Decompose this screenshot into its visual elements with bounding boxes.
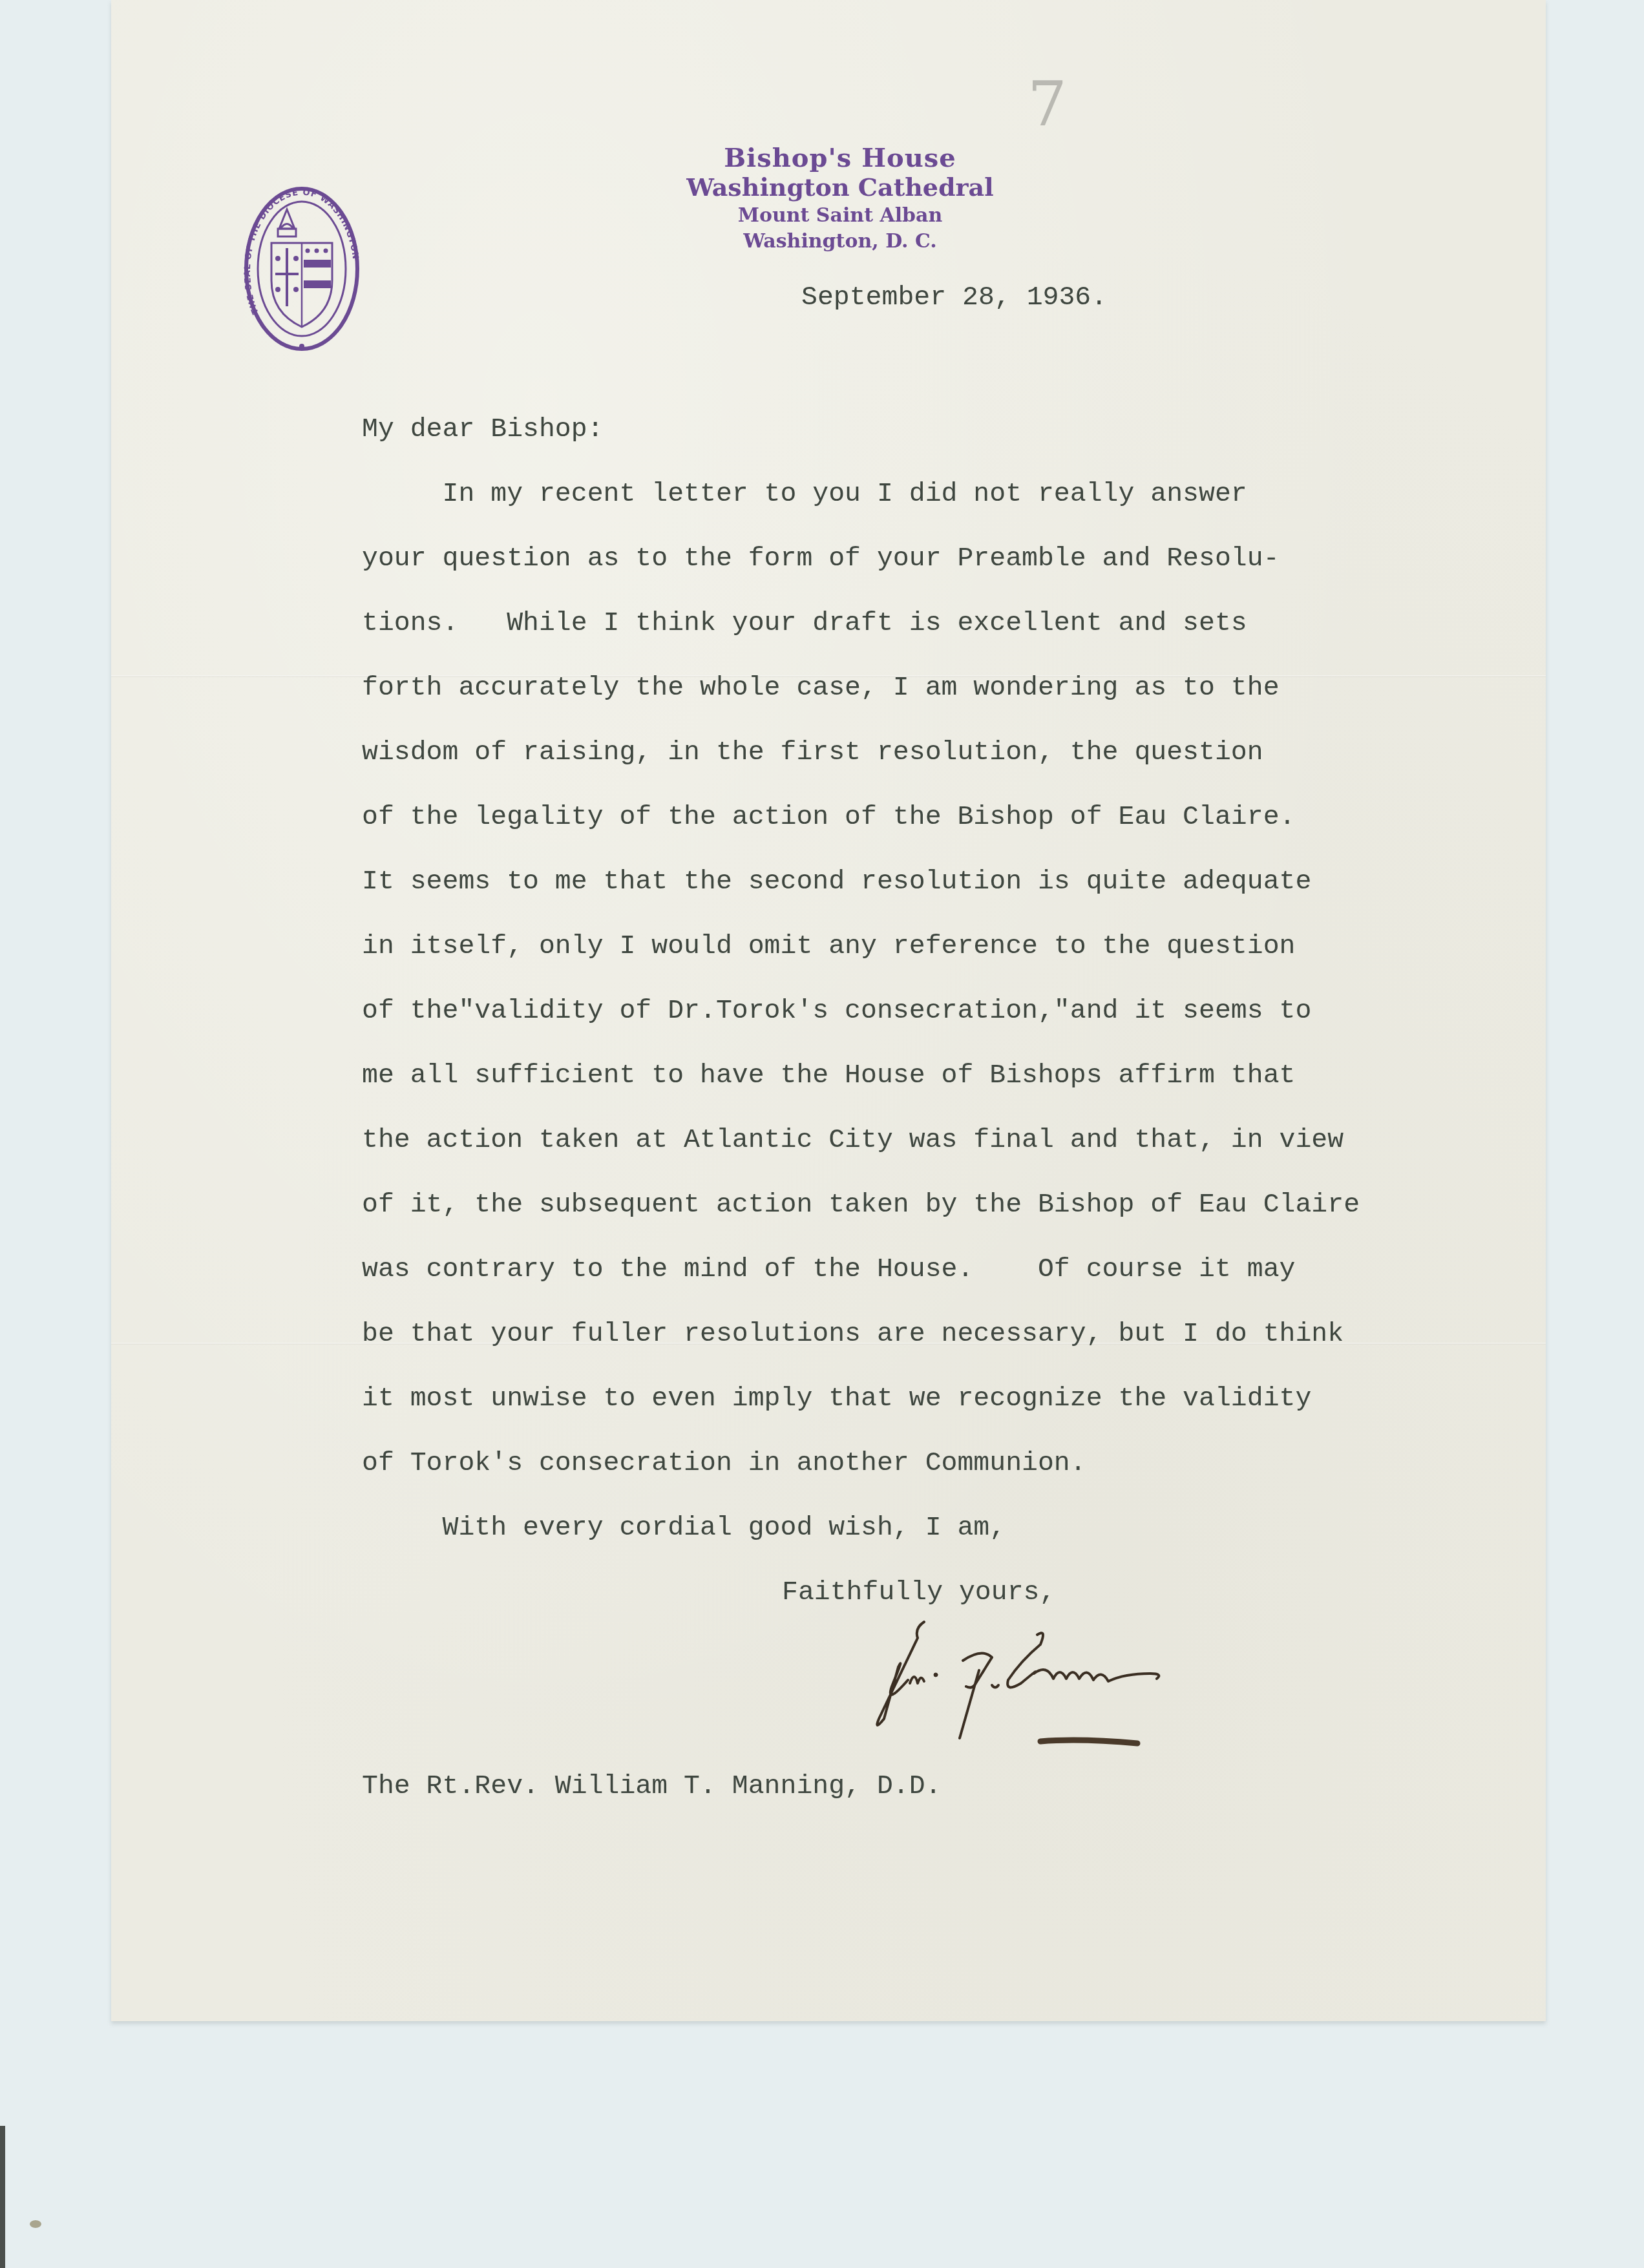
- letter-date: September 28, 1936.: [801, 284, 1107, 311]
- scanner-edge: [0, 2126, 5, 2268]
- body-line: In my recent letter to you I did not rea…: [362, 481, 1247, 508]
- body-line: forth accurately the whole case, I am wo…: [362, 675, 1280, 702]
- body-line: wisdom of raising, in the first resoluti…: [362, 739, 1263, 766]
- body-line: it most unwise to even imply that we rec…: [362, 1385, 1311, 1412]
- body-line: of Torok's consecration in another Commu…: [362, 1450, 1086, 1477]
- body-line: me all sufficient to have the House of B…: [362, 1062, 1295, 1089]
- body-line: the action taken at Atlantic City was fi…: [362, 1127, 1344, 1154]
- letterhead-title: Bishop's House: [646, 145, 1034, 171]
- valediction: Faithfully yours,: [782, 1579, 1055, 1606]
- body-line: in itself, only I would omit any referen…: [362, 933, 1295, 960]
- letterhead-institution: Washington Cathedral: [646, 175, 1034, 200]
- letterhead-location: Mount Saint Alban: [646, 206, 1034, 226]
- body-line: of the legality of the action of the Bis…: [362, 804, 1295, 831]
- pencil-page-number: 7: [1027, 68, 1067, 140]
- closing-line: With every cordial good wish, I am,: [362, 1515, 1006, 1542]
- recipient-address: The Rt.Rev. William T. Manning, D.D.: [362, 1773, 942, 1800]
- salutation: My dear Bishop:: [362, 416, 604, 443]
- letterhead: Bishop's House Washington Cathedral Moun…: [646, 145, 1034, 251]
- letterhead-city: Washington, D. C.: [646, 232, 1034, 251]
- body-line: of it, the subsequent action taken by th…: [362, 1192, 1360, 1219]
- body-line: It seems to me that the second resolutio…: [362, 868, 1311, 896]
- body-line: tions. While I think your draft is excel…: [362, 610, 1247, 637]
- body-line: be that your fuller resolutions are nece…: [362, 1321, 1344, 1348]
- body-line: was contrary to the mind of the House. O…: [362, 1256, 1295, 1283]
- handwritten-signature-icon: [853, 1609, 1241, 1764]
- body-line: your question as to the form of your Pre…: [362, 545, 1280, 572]
- dust-speck: [30, 2220, 41, 2228]
- diocesan-seal-icon: THE SEAL OF THE DIOCESE OF WASHINGTON: [240, 184, 363, 355]
- body-line: of the"validity of Dr.Torok's consecrati…: [362, 998, 1311, 1025]
